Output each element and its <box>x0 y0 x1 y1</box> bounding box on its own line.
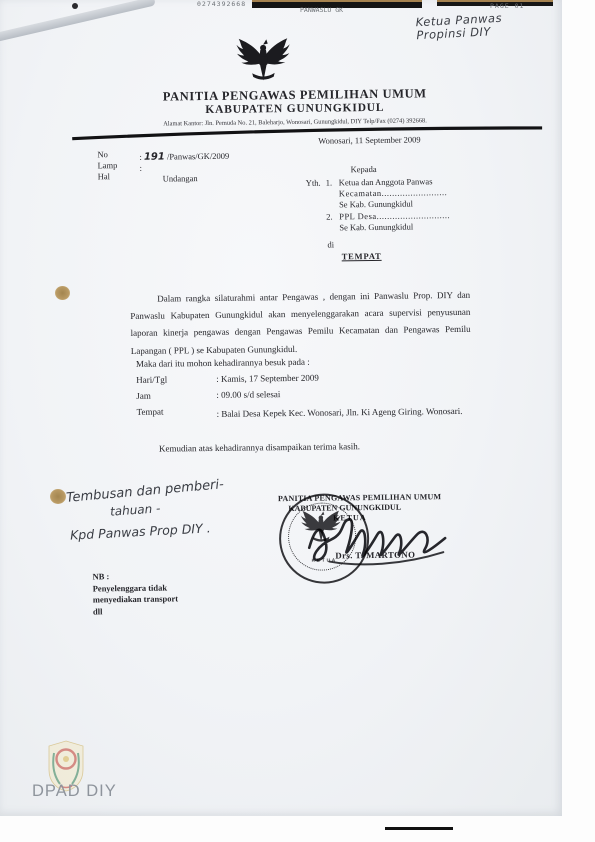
scanned-paper: 0274392668 PANWASLU GK PAGE 01 Ketua Pan… <box>0 0 562 816</box>
lamp-label: Lamp <box>97 160 117 170</box>
nb-line2: menyediakan transport <box>93 593 178 606</box>
dpad-diy-watermark-text: DPAD DIY <box>32 782 117 801</box>
body-paragraph: Dalam rangka silaturahmi antar Pengawas … <box>130 287 471 360</box>
kepada-label: Kepada <box>351 164 377 174</box>
detail-time-value: : 09.00 s/d selesai <box>216 389 280 400</box>
hole-punch-mark-top <box>55 286 70 300</box>
scan-bottom-mark <box>385 827 453 830</box>
no-label: No <box>97 149 108 159</box>
scanned-letter-canvas: 0274392668 PANWASLU GK PAGE 01 Ketua Pan… <box>0 0 595 842</box>
detail-place-value: : Balai Desa Kepek Kec. Wonosari, Jln. K… <box>216 403 474 423</box>
recipient2-line2: Se Kab. Gunungkidul <box>339 222 413 233</box>
body-invitation-line: Maka dari itu mohon kehadirannya besuk p… <box>136 357 310 369</box>
detail-place-label: Tempat <box>136 407 163 417</box>
yth-label: Yth. <box>306 178 321 188</box>
di-label: di <box>327 239 334 249</box>
letter-content: PANITIA PENGAWAS PEMILIHAN UMUM KABUPATE… <box>0 0 570 819</box>
signer-name: Drs. T. MARTONO <box>305 549 445 561</box>
hal-value: Undangan <box>163 173 198 183</box>
letter-number: : 191 /Panwas/GK/2009 <box>139 151 229 163</box>
recipient1-number: 1. <box>326 177 332 187</box>
letter-number-suffix: /Panwas/GK/2009 <box>165 151 230 162</box>
recipient1-line1: Ketua dan Anggota Panwas <box>339 176 433 187</box>
detail-time-label: Jam <box>136 391 151 401</box>
place-date: Wonosari, 11 September 2009 <box>318 134 421 145</box>
hal-label: Hal <box>98 171 110 181</box>
closing-line: Kemudian atas kehadirannya disampaikan t… <box>159 441 360 453</box>
lamp-colon: : <box>140 163 142 173</box>
tempat-label: TEMPAT <box>342 251 382 261</box>
recipient2-line1: PPL Desa............................ <box>339 210 450 221</box>
recipient1-line3: Se Kab. Gunungkidul <box>339 199 413 210</box>
nb-line3: dll <box>93 605 178 618</box>
detail-day-value: : Kamis, 17 September 2009 <box>216 373 319 384</box>
letter-number-handwritten: 191 <box>144 152 165 163</box>
garuda-pancasila-emblem-icon <box>235 34 292 91</box>
hole-punch-mark-bottom <box>50 489 66 504</box>
recipient1-line2: Kecamatan......................... <box>339 187 447 198</box>
detail-day-label: Hari/Tgl <box>136 375 167 385</box>
recipient2-number: 2. <box>326 211 332 221</box>
nb-note: NB : Penyelenggara tidak menyediakan tra… <box>93 570 179 617</box>
